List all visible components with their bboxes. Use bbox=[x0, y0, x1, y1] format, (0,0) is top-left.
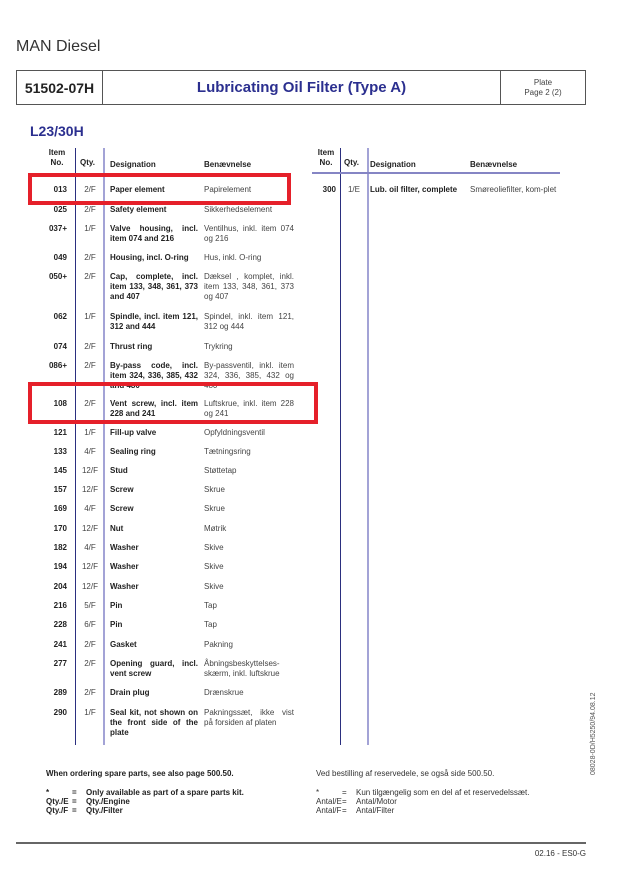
plate-label: Plate bbox=[534, 78, 552, 88]
legend-row: Antal/F=Antal/Filter bbox=[316, 806, 529, 815]
legend-value: Only available as part of a spare parts … bbox=[86, 788, 244, 797]
legend-row: Antal/E=Antal/Motor bbox=[316, 797, 529, 806]
legend-key: Qty./E bbox=[46, 797, 72, 806]
header-designation: Designation bbox=[370, 160, 416, 170]
item-designation: Nut bbox=[110, 524, 198, 534]
item-quantity: 12/F bbox=[77, 582, 103, 592]
item-benaevnelse: Drænskrue bbox=[204, 688, 294, 698]
column-divider bbox=[340, 148, 341, 745]
item-quantity: 1/E bbox=[341, 185, 367, 195]
item-designation: Thrust ring bbox=[110, 342, 198, 352]
item-designation: Seal kit, not shown on the front side of… bbox=[110, 708, 198, 738]
legend-value: Kun tilgængelig som en del af et reserve… bbox=[356, 788, 529, 797]
item-designation: Drain plug bbox=[110, 688, 198, 698]
legend-equals: = bbox=[72, 788, 86, 797]
page-label: Page 2 (2) bbox=[524, 88, 561, 98]
notes-english: When ordering spare parts, see also page… bbox=[46, 769, 244, 815]
item-number: 145 bbox=[27, 466, 67, 476]
item-quantity: 2/F bbox=[77, 205, 103, 215]
legend-equals: = bbox=[72, 806, 86, 815]
header-item-no: Item No. bbox=[39, 148, 75, 168]
item-quantity: 12/F bbox=[77, 562, 103, 572]
document-header: 51502-07H Lubricating Oil Filter (Type A… bbox=[16, 70, 586, 105]
footer-rule bbox=[16, 842, 586, 844]
item-designation: Pin bbox=[110, 620, 198, 630]
page-title: Lubricating Oil Filter (Type A) bbox=[103, 71, 500, 104]
item-number: 170 bbox=[27, 524, 67, 534]
item-designation: Housing, incl. O-ring bbox=[110, 253, 198, 263]
item-number: 169 bbox=[27, 504, 67, 514]
legend-equals: = bbox=[342, 797, 356, 806]
item-designation: Opening guard, incl. vent screw bbox=[110, 659, 198, 679]
legend-row: Qty./F=Qty./Filter bbox=[46, 806, 244, 815]
legend-value: Qty./Engine bbox=[86, 797, 244, 806]
header-item-label: Item bbox=[308, 148, 344, 158]
header-qty: Qty. bbox=[344, 158, 359, 168]
header-item-label: Item bbox=[39, 148, 75, 158]
item-benaevnelse: Ventilhus, inkl. item 074 og 216 bbox=[204, 224, 294, 244]
item-benaevnelse: Skrue bbox=[204, 485, 294, 495]
item-designation: Pin bbox=[110, 601, 198, 611]
legend-equals: = bbox=[342, 806, 356, 815]
ordering-note: When ordering spare parts, see also page… bbox=[46, 769, 244, 778]
item-designation: Fill-up valve bbox=[110, 428, 198, 438]
item-number: 050+ bbox=[27, 272, 67, 282]
item-number: 241 bbox=[27, 640, 67, 650]
item-designation: Stud bbox=[110, 466, 198, 476]
item-benaevnelse: Tap bbox=[204, 620, 294, 630]
legend-key: Antal/F bbox=[316, 806, 342, 815]
item-quantity: 4/F bbox=[77, 504, 103, 514]
header-designation: Designation bbox=[110, 160, 156, 170]
item-quantity: 12/F bbox=[77, 466, 103, 476]
item-number: 157 bbox=[27, 485, 67, 495]
header-no-label: No. bbox=[308, 158, 344, 168]
item-number: 300 bbox=[296, 185, 336, 195]
legend-value: Qty./Filter bbox=[86, 806, 244, 815]
item-benaevnelse: Skive bbox=[204, 562, 294, 572]
legend-key: * bbox=[46, 788, 72, 797]
item-designation: Screw bbox=[110, 504, 198, 514]
item-number: 121 bbox=[27, 428, 67, 438]
item-benaevnelse: Trykring bbox=[204, 342, 294, 352]
item-number: 194 bbox=[27, 562, 67, 572]
item-number: 277 bbox=[27, 659, 67, 669]
legend-row: *=Only available as part of a spare part… bbox=[46, 788, 244, 797]
item-number: 037+ bbox=[27, 224, 67, 234]
item-quantity: 12/F bbox=[77, 485, 103, 495]
legend-value: Antal/Filter bbox=[356, 806, 529, 815]
plate-code: 51502-07H bbox=[17, 71, 103, 104]
brand-name: MAN Diesel bbox=[16, 38, 100, 56]
item-quantity: 2/F bbox=[77, 688, 103, 698]
item-benaevnelse: Pakning bbox=[204, 640, 294, 650]
item-designation: Gasket bbox=[110, 640, 198, 650]
item-number: 049 bbox=[27, 253, 67, 263]
header-qty: Qty. bbox=[80, 158, 95, 168]
item-number: 228 bbox=[27, 620, 67, 630]
item-designation: Sealing ring bbox=[110, 447, 198, 457]
item-quantity: 1/F bbox=[77, 428, 103, 438]
item-quantity: 2/F bbox=[77, 253, 103, 263]
item-designation: Washer bbox=[110, 543, 198, 553]
item-quantity: 5/F bbox=[77, 601, 103, 611]
item-benaevnelse: Spindel, inkl. item 121, 312 og 444 bbox=[204, 312, 294, 332]
footer-code: 02.16 - ES0-G bbox=[535, 849, 586, 858]
notes-danish: Ved bestilling af reservedele, se også s… bbox=[316, 769, 529, 815]
item-quantity: 1/F bbox=[77, 224, 103, 234]
highlight-box-item-108 bbox=[28, 382, 318, 424]
header-benaevnelse: Benævnelse bbox=[470, 160, 517, 170]
item-quantity: 1/F bbox=[77, 708, 103, 718]
engine-model: L23/30H bbox=[30, 123, 84, 139]
item-benaevnelse: Møtrik bbox=[204, 524, 294, 534]
item-designation: Cap, complete, incl. item 133, 348, 361,… bbox=[110, 272, 198, 302]
item-number: 133 bbox=[27, 447, 67, 457]
header-benaevnelse: Benævnelse bbox=[204, 160, 251, 170]
legend-equals: = bbox=[342, 788, 356, 797]
legend-row: *=Kun tilgængelig som en del af et reser… bbox=[316, 788, 529, 797]
item-benaevnelse: Smøreoliefilter, kom-plet bbox=[470, 185, 560, 195]
legend-key: Antal/E bbox=[316, 797, 342, 806]
item-quantity: 1/F bbox=[77, 312, 103, 322]
item-quantity: 4/F bbox=[77, 543, 103, 553]
item-designation: Washer bbox=[110, 562, 198, 572]
item-number: 204 bbox=[27, 582, 67, 592]
item-quantity: 4/F bbox=[77, 447, 103, 457]
item-number: 182 bbox=[27, 543, 67, 553]
item-quantity: 2/F bbox=[77, 272, 103, 282]
item-benaevnelse: Støttetap bbox=[204, 466, 294, 476]
legend-table: *=Kun tilgængelig som en del af et reser… bbox=[316, 788, 529, 815]
item-designation: Screw bbox=[110, 485, 198, 495]
item-designation: Lub. oil filter, complete bbox=[370, 185, 458, 195]
legend-key: Qty./F bbox=[46, 806, 72, 815]
header-rule bbox=[312, 172, 560, 174]
item-number: 216 bbox=[27, 601, 67, 611]
item-benaevnelse: Tap bbox=[204, 601, 294, 611]
highlight-box-item-013 bbox=[28, 173, 291, 205]
item-benaevnelse: Pakningssæt, ikke vist på forsiden af pl… bbox=[204, 708, 294, 728]
header-no-label: No. bbox=[39, 158, 75, 168]
column-divider bbox=[367, 148, 369, 745]
item-number: 289 bbox=[27, 688, 67, 698]
header-item-no: Item No. bbox=[308, 148, 344, 168]
item-quantity: 12/F bbox=[77, 524, 103, 534]
plate-page-info: Plate Page 2 (2) bbox=[500, 71, 585, 104]
column-divider bbox=[103, 148, 105, 745]
item-quantity: 2/F bbox=[77, 640, 103, 650]
item-benaevnelse: Åbningsbeskyttelses-skærm, inkl. luftskr… bbox=[204, 659, 294, 679]
item-number: 074 bbox=[27, 342, 67, 352]
legend-table: *=Only available as part of a spare part… bbox=[46, 788, 244, 815]
item-designation: Safety element bbox=[110, 205, 198, 215]
item-quantity: 2/F bbox=[77, 659, 103, 669]
item-benaevnelse: Dæksel , komplet, inkl. item 133, 348, 3… bbox=[204, 272, 294, 302]
item-benaevnelse: Skrue bbox=[204, 504, 294, 514]
item-benaevnelse: Skive bbox=[204, 582, 294, 592]
item-benaevnelse: Sikkerhedselement bbox=[204, 205, 294, 215]
legend-value: Antal/Motor bbox=[356, 797, 529, 806]
item-number: 290 bbox=[27, 708, 67, 718]
item-quantity: 2/F bbox=[77, 361, 103, 371]
item-number: 086+ bbox=[27, 361, 67, 371]
item-designation: Valve housing, incl. item 074 and 216 bbox=[110, 224, 198, 244]
ordering-note: Ved bestilling af reservedele, se også s… bbox=[316, 769, 529, 778]
legend-row: Qty./E=Qty./Engine bbox=[46, 797, 244, 806]
item-designation: Spindle, incl. item 121, 312 and 444 bbox=[110, 312, 198, 332]
item-number: 062 bbox=[27, 312, 67, 322]
legend-equals: = bbox=[72, 797, 86, 806]
item-designation: Washer bbox=[110, 582, 198, 592]
legend-key: * bbox=[316, 788, 342, 797]
item-quantity: 2/F bbox=[77, 342, 103, 352]
item-benaevnelse: Skive bbox=[204, 543, 294, 553]
item-benaevnelse: Hus, inkl. O-ring bbox=[204, 253, 294, 263]
item-benaevnelse: Opfyldningsventil bbox=[204, 428, 294, 438]
item-benaevnelse: Tætningsring bbox=[204, 447, 294, 457]
item-quantity: 6/F bbox=[77, 620, 103, 630]
document-reference-code: 08028-0D/H5250/94.08.12 bbox=[590, 692, 597, 775]
item-number: 025 bbox=[27, 205, 67, 215]
